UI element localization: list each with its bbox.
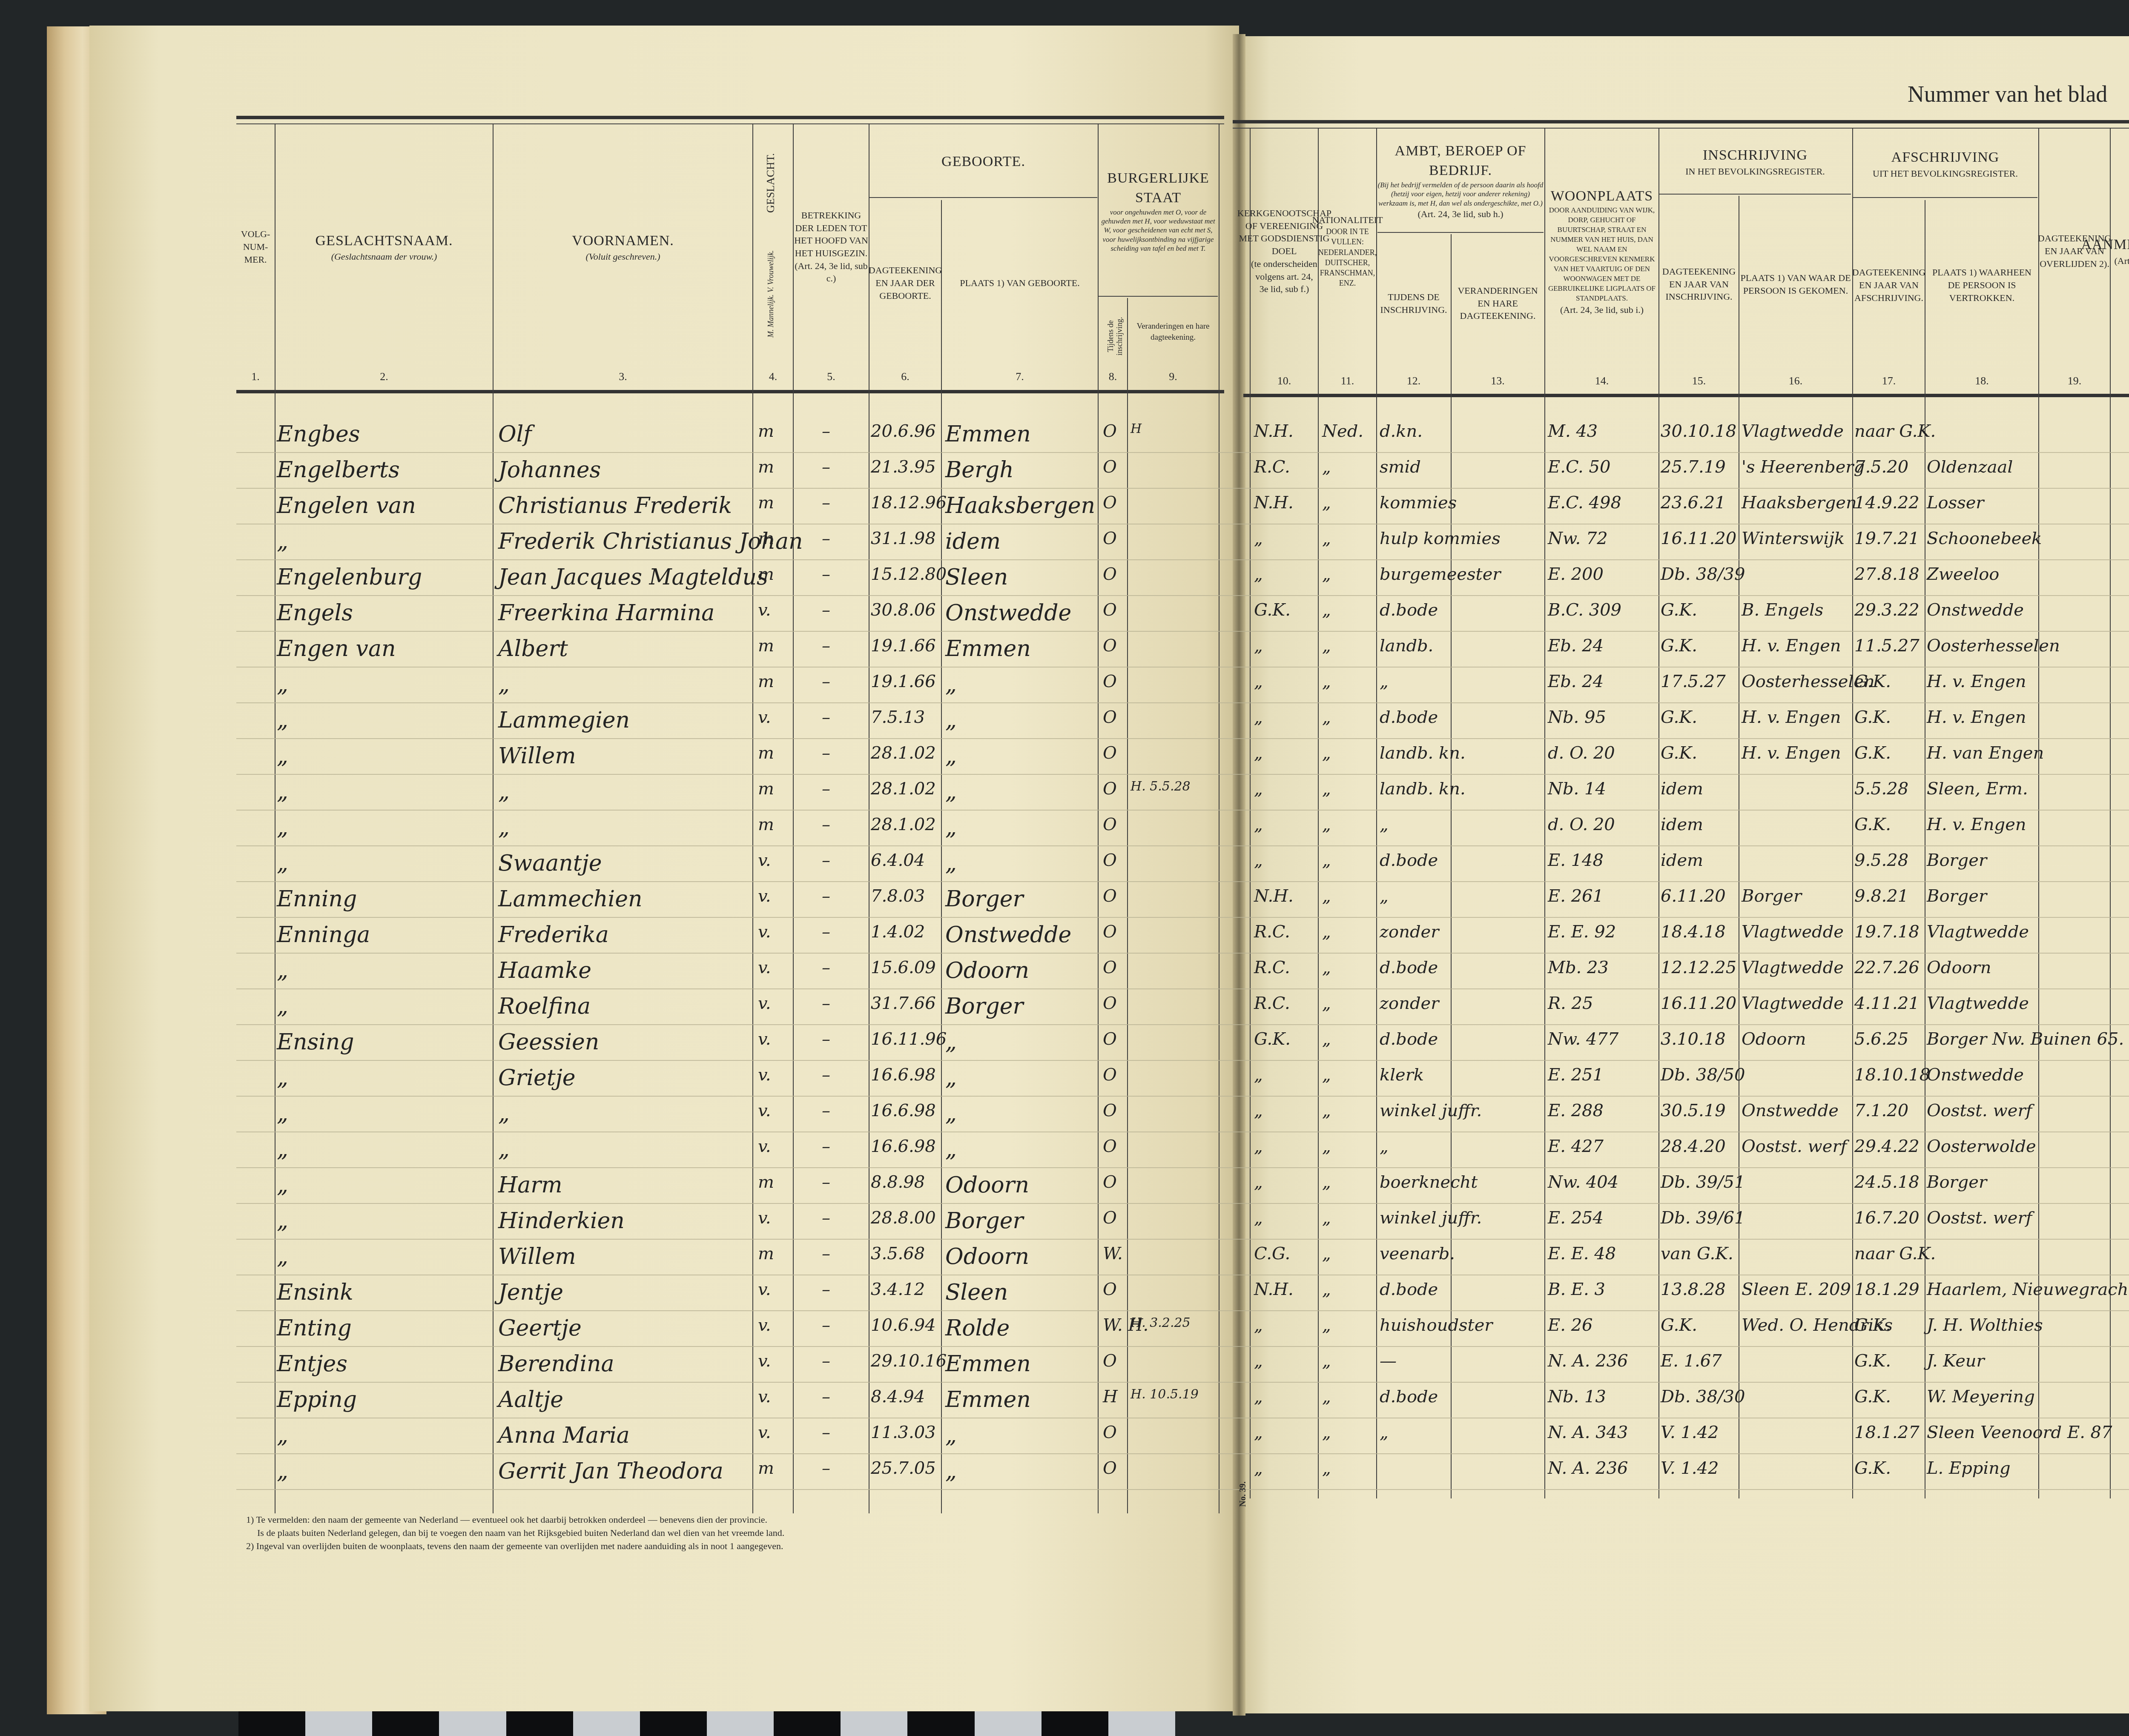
cell-rel: – [822,421,830,441]
cell-addr: Mb. 23 [1548,958,1609,977]
cell-addr: Nb. 95 [1548,708,1606,727]
header-group-afschrijving: AFSCHRIJVINGUIT HET BEVOLKINGSREGISTER. [1853,132,2037,196]
ruled-line [236,1060,2129,1061]
cell-occ: d.bode [1380,1280,1438,1299]
book-gutter [1233,34,1245,1716]
cell-occ: burgemeester [1380,564,1501,584]
cell-given: Johannes [498,457,601,483]
cell-nat: „ [1322,672,1331,691]
cell-rel: – [822,672,830,691]
column-number: 1. [236,370,275,383]
cell-place: „ [945,1029,957,1055]
cell-surname: Engels [277,600,353,626]
cell-church: „ [1254,815,1263,834]
column-number: 9. [1128,370,1218,383]
cell-place: „ [945,1458,957,1484]
cell-given: Geessien [498,1029,599,1055]
cell-civ: O [1103,708,1117,727]
cell-in-date: V. 1.42 [1661,1458,1719,1478]
ruled-line [236,559,2129,560]
cell-occ: landb. [1380,636,1433,656]
cell-addr: E. 261 [1548,886,1604,906]
cell-nat: „ [1322,600,1331,620]
cell-church: N.H. [1254,493,1294,513]
col-divider [752,123,753,1513]
cell-civ: O [1103,743,1117,763]
burgerlijke-staat-subrule [1099,296,1218,297]
ambt-subrule [1377,232,1544,233]
cell-nat: „ [1322,851,1331,870]
afschrijving-subrule [1853,197,2037,198]
cell-given: Olf [498,421,532,447]
cell-out-to: Oldenzaal [1927,457,2013,477]
ruled-line [236,1275,2129,1275]
cell-surname: „ [277,1423,288,1448]
cell-surname: Engelen van [277,493,416,519]
cell-in-date: 6.11.20 [1661,886,1726,906]
cell-addr: d. O. 20 [1548,743,1615,763]
cell-out-date: 18.1.29 [1854,1280,1920,1299]
cell-out-to: Borger Nw. Buinen 65. [1927,1029,2124,1049]
cell-out-to: Borger [1927,851,1987,870]
cell-occ: hulp kommies [1380,529,1501,548]
cell-church: „ [1254,779,1263,799]
top-rule-right [1233,120,2129,123]
cell-in-date: 12.12.25 [1661,958,1736,977]
column-number: 17. [1853,375,1925,387]
cell-in-from: Vlagtwedde [1742,994,1844,1013]
cell-civ: O [1103,600,1117,620]
cell-addr: d. O. 20 [1548,815,1615,834]
cell-in-from: Onstwedde [1742,1101,1839,1120]
cell-place: Rolde [945,1315,1010,1341]
footnote-1-cont: Is de plaats buiten Nederland gelegen, d… [246,1527,1098,1540]
cell-addr: N. A. 236 [1548,1351,1628,1371]
cell-sex: m [758,815,774,834]
ruled-line [236,1382,2129,1383]
cell-church: „ [1254,564,1263,584]
cell-sex: v. [758,1065,771,1085]
cell-civ: O [1103,421,1117,441]
cell-in-date: 30.10.18 [1661,421,1736,441]
cell-nat: „ [1322,886,1331,906]
cell-in-date: 23.6.21 [1661,493,1726,513]
cell-civ: O [1103,922,1117,942]
cell-out-to: W. Meyering [1927,1387,2035,1407]
cell-out-to: Onstwedde [1927,600,2024,620]
header-col-4-sub: M. Mannelijk. V. Vrouwelijk. [766,238,775,349]
cell-nat: „ [1322,922,1331,942]
cell-out-to: Losser [1927,493,1984,513]
cell-rel: – [822,1280,830,1299]
cell-occ: d.bode [1380,958,1438,977]
cell-place: Sleen [945,1280,1008,1305]
cell-born: 6.4.04 [871,851,925,870]
header-group-inschrijving: INSCHRIJVINGIN HET BEVOLKINGSREGISTER. [1659,132,1851,192]
cell-born: 15.12.80 [871,564,947,584]
cell-addr: Nb. 13 [1548,1387,1606,1407]
cell-church: „ [1254,1101,1263,1120]
cell-addr: B.C. 309 [1548,600,1621,620]
cell-out-date: 16.7.20 [1854,1208,1920,1228]
cell-out-to: Odoorn [1927,958,1991,977]
cell-out-date: 14.9.22 [1854,493,1920,513]
cell-civ: O [1103,672,1117,691]
cell-sex: v. [758,1101,771,1120]
cell-place: „ [945,779,957,805]
cell-civ: O [1103,1280,1117,1299]
cell-nat: „ [1322,1208,1331,1228]
cell-rel: – [822,1387,830,1407]
cell-occ: zonder [1380,994,1439,1013]
cell-addr: Eb. 24 [1548,672,1604,691]
cell-in-from: H. v. Engen [1742,636,1841,656]
cell-rel: – [822,1172,830,1192]
cell-church: G.K. [1254,600,1291,620]
cell-sex: m [758,1172,774,1192]
cell-born: 28.1.02 [871,815,936,834]
ruled-line [236,1346,2129,1347]
ruled-line [236,452,2129,453]
cell-given: Lammegien [498,708,630,733]
cell-civ: O [1103,1208,1117,1228]
cell-in-date: Db. 38/39 [1661,564,1745,584]
cell-rel: – [822,1137,830,1156]
cell-given: Geertje [498,1315,582,1341]
cell-given: „ [498,672,510,697]
cell-civ: O [1103,1101,1117,1120]
column-number: 15. [1659,375,1739,387]
cell-addr: Nw. 404 [1548,1172,1618,1192]
cell-addr: E. 251 [1548,1065,1604,1085]
cell-surname: „ [277,1208,288,1234]
top-rule-left [236,116,1224,119]
cell-surname: „ [277,815,288,840]
header-bottom-rule-left [236,390,1224,393]
cell-out-to: Oostst. werf [1927,1208,2032,1228]
cell-in-date: 18.4.18 [1661,922,1726,942]
header-col-15: DAGTEEKENING EN JAAR VAN INSCHRIJVING. [1659,198,1739,370]
cell-addr: B. E. 3 [1548,1280,1605,1299]
cell-sex: v. [758,994,771,1013]
cell-surname: „ [277,958,288,983]
cell-addr: E. 427 [1548,1137,1604,1156]
cell-in-from: H. v. Engen [1742,743,1841,763]
cell-rel: – [822,1065,830,1085]
cell-surname: „ [277,1172,288,1198]
cell-in-date: 25.7.19 [1661,457,1726,477]
cell-nat: „ [1322,994,1331,1013]
cell-church: R.C. [1254,922,1290,942]
ruled-line [236,845,2129,846]
ruled-line [236,1132,2129,1132]
cell-place: Odoorn [945,1244,1029,1269]
column-number: 3. [494,370,752,383]
cell-surname: „ [277,1065,288,1091]
cell-out-date: 4.11.21 [1854,994,1920,1013]
cell-out-to: Borger [1927,1172,1987,1192]
cell-nat: „ [1322,1315,1331,1335]
cell-civ: O [1103,958,1117,977]
cell-occ: landb. kn. [1380,779,1466,799]
cell-rel: – [822,958,830,977]
cell-rel: – [822,600,830,620]
cell-in-date: 13.8.28 [1661,1280,1726,1299]
cell-born: 8.8.98 [871,1172,925,1192]
cell-place: Borger [945,1208,1023,1234]
cell-given: Jean Jacques Magteldus [498,564,768,590]
cell-out-date: 7.1.20 [1854,1101,1908,1120]
cell-in-from: Vlagtwedde [1742,922,1844,942]
cell-occ: „ [1380,672,1389,691]
cell-out-date: 24.5.18 [1854,1172,1920,1192]
cell-surname: Enning [277,886,357,912]
cell-surname: Ensink [277,1280,353,1305]
cell-surname: Entjes [277,1351,347,1377]
cell-addr: N. A. 236 [1548,1458,1628,1478]
cell-addr: M. 43 [1548,421,1598,441]
header-col-8: Tijdens de inschrijving. [1106,307,1124,366]
cell-given: Christianus Frederik [498,493,732,519]
cell-sex: v. [758,1351,771,1371]
cell-born: 7.5.13 [871,708,925,727]
cell-out-date: 18.1.27 [1854,1423,1920,1442]
cell-sex: m [758,743,774,763]
cell-occ: winkel juffr. [1380,1101,1482,1120]
cell-surname: „ [277,779,288,805]
cell-in-date: G.K. [1661,636,1697,656]
cell-civ: O [1103,636,1117,656]
cell-addr: R. 25 [1548,994,1593,1013]
cell-in-from: H. v. Engen [1742,708,1841,727]
cell-sex: v. [758,922,771,942]
cell-church: „ [1254,1065,1263,1085]
cell-in-from: Borger [1742,886,1802,906]
cell-in-date: 17.5.27 [1661,672,1726,691]
ruled-line [236,1418,2129,1418]
ruled-line [236,1239,2129,1240]
cell-out-date: naar G.K. [1854,421,1936,441]
col-divider [1739,196,1739,1498]
cell-sex: v. [758,1029,771,1049]
cell-nat: „ [1322,564,1331,584]
cell-occ: d.bode [1380,1387,1438,1407]
cell-in-date: G.K. [1661,708,1697,727]
cell-place: „ [945,851,957,876]
cell-in-date: 3.10.18 [1661,1029,1726,1049]
cell-place: Bergh [945,457,1014,483]
cell-place: „ [945,708,957,733]
ruled-line [236,917,2129,918]
geboorte-subrule [869,197,1097,198]
cell-civ: O [1103,457,1117,477]
cell-civ: O [1103,1029,1117,1049]
cell-civ: O [1103,994,1117,1013]
cell-occ: boerknecht [1380,1172,1478,1192]
cell-civ: O [1103,493,1117,513]
cell-church: „ [1254,851,1263,870]
cell-occ: d.bode [1380,600,1438,620]
cell-place: Haaksbergen [945,493,1095,519]
col-divider [941,200,942,1513]
cell-addr: E.C. 50 [1548,457,1610,477]
cell-sex: v. [758,886,771,906]
cell-rel: – [822,708,830,727]
cell-in-date: G.K. [1661,600,1697,620]
cell-given: „ [498,1101,510,1126]
column-number: 13. [1452,375,1544,387]
header-col-18: PLAATS 1) WAARHEEN DE PERSOON IS VERTROK… [1925,200,2038,370]
cell-sex: m [758,672,774,691]
cell-sex: m [758,636,774,656]
cell-surname: Ensing [277,1029,354,1055]
cell-out-date: 9.8.21 [1854,886,1908,906]
column-number: 12. [1377,375,1450,387]
sheet-number-label: Nummer van het blad [1908,81,2107,107]
cell-occ: d.bode [1380,851,1438,870]
cell-civ: O [1103,886,1117,906]
cell-out-to: Vlagtwedde [1927,994,2029,1013]
cell-out-to: J. H. Wolthies [1927,1315,2043,1335]
cell-civ: O [1103,1351,1117,1371]
cell-born: 7.8.03 [871,886,925,906]
cell-civ: O [1103,564,1117,584]
cell-rel: – [822,1458,830,1478]
ruled-line [236,1310,2129,1311]
cell-addr: E. 254 [1548,1208,1604,1228]
header-col-5: BETREKKING DER LEDEN TOT HET HOOFD VAN H… [794,128,869,366]
cell-church: „ [1254,1458,1263,1478]
cell-born: 20.6.96 [871,421,936,441]
cell-out-to: Oosterhesselen [1927,636,2060,656]
cell-addr: Eb. 24 [1548,636,1604,656]
cell-given: „ [498,815,510,840]
cell-out-date: G.K. [1854,708,1891,727]
cell-given: „ [498,1137,510,1162]
cell-born: 16.6.98 [871,1137,936,1156]
cell-rel: – [822,851,830,870]
cell-out-date: 9.5.28 [1854,851,1908,870]
cell-in-from: Vlagtwedde [1742,421,1844,441]
header-col-7: PLAATS 1) VAN GEBOORTE. [942,200,1098,366]
cell-out-date: G.K. [1854,1315,1891,1335]
header-col-12: TIJDENS DE INSCHRIJVING. [1377,236,1450,370]
top-rule-left-thin [236,123,1224,124]
cell-occ: d.bode [1380,1029,1438,1049]
cell-rel: – [822,886,830,906]
ruled-line [236,1024,2129,1025]
cell-in-date: Db. 39/61 [1661,1208,1745,1228]
cell-place: Onstwedde [945,600,1071,626]
cell-place: „ [945,1137,957,1162]
cell-occ: smid [1380,457,1421,477]
inschrijving-subrule [1659,194,1851,195]
ruled-line [236,881,2129,882]
cell-place: „ [945,1101,957,1126]
cell-addr: E. E. 92 [1548,922,1616,942]
cell-given: „ [498,779,510,805]
cell-surname: Engbes [277,421,360,447]
cell-born: 8.4.94 [871,1387,925,1407]
header-col-2: GESLACHTSNAAM.(Geslachtsnaam der vrouw.) [275,128,493,366]
cell-nat: „ [1322,1029,1331,1049]
cell-in-date: G.K. [1661,1315,1697,1335]
cell-church: „ [1254,672,1263,691]
cell-in-date: 30.5.19 [1661,1101,1726,1120]
cell-given: Albert [498,636,568,662]
register-number-label: No. 39. [1238,1481,1248,1507]
cell-in-from: Sleen E. 209 [1742,1280,1851,1299]
cell-civ: O [1103,851,1117,870]
cell-church: „ [1254,1172,1263,1192]
cell-sex: v. [758,1280,771,1299]
cell-rel: – [822,457,830,477]
cell-occ: huishoudster [1380,1315,1492,1335]
cell-occ: zonder [1380,922,1439,942]
cell-nat: „ [1322,815,1331,834]
cell-surname: „ [277,1101,288,1126]
cell-church: „ [1254,1351,1263,1371]
column-number: 8. [1099,370,1127,383]
cell-born: 28.1.02 [871,743,936,763]
cell-in-date: E. 1.67 [1661,1351,1722,1371]
cell-out-date: G.K. [1854,1351,1891,1371]
cell-nat: „ [1322,1351,1331,1371]
cell-rel: – [822,529,830,548]
cell-surname: „ [277,1137,288,1162]
cell-out-date: 5.6.25 [1854,1029,1908,1049]
cell-sex: v. [758,1387,771,1407]
cell-church: „ [1254,708,1263,727]
cell-surname: Enninga [277,922,370,948]
cell-rel: – [822,815,830,834]
cell-occ: „ [1380,886,1389,906]
column-number: 20. [2111,375,2129,387]
cell-occ: winkel juffr. [1380,1208,1482,1228]
header-col-17: DAGTEEKENING EN JAAR VAN AFSCHRIJVING. [1853,200,1925,370]
cell-out-to: Schoonebeek [1927,529,2042,548]
cell-in-date: V. 1.42 [1661,1423,1719,1442]
ruled-line [236,1489,2129,1490]
cell-sex: m [758,529,774,548]
cell-in-from: Odoorn [1742,1029,1806,1049]
cell-sex: v. [758,851,771,870]
ruled-line [236,1096,2129,1097]
cell-rel: – [822,1315,830,1335]
column-number: 4. [753,370,793,383]
cell-surname: „ [277,672,288,697]
cell-surname: „ [277,851,288,876]
cell-place: idem [945,529,1001,554]
header-col-6: DAGTEEKENING EN JAAR DER GEBOORTE. [869,200,941,366]
cell-occ: — [1380,1351,1397,1371]
cell-in-date: Db. 39/51 [1661,1172,1745,1192]
cell-nat: „ [1322,529,1331,548]
cell-sex: m [758,457,774,477]
cell-surname: „ [277,1458,288,1484]
col-divider [1451,234,1452,1498]
cell-born: 21.3.95 [871,457,936,477]
cell-civ-change: H. 3.2.25 [1130,1315,1191,1330]
cell-church: „ [1254,529,1263,548]
cell-sex: v. [758,1137,771,1156]
cell-place: Odoorn [945,1172,1029,1198]
cell-given: Freerkina Harmina [498,600,714,626]
cell-addr: Nw. 72 [1548,529,1608,548]
cell-rel: – [822,1244,830,1263]
ruled-line [236,953,2129,954]
cell-surname: Engelberts [277,457,400,483]
